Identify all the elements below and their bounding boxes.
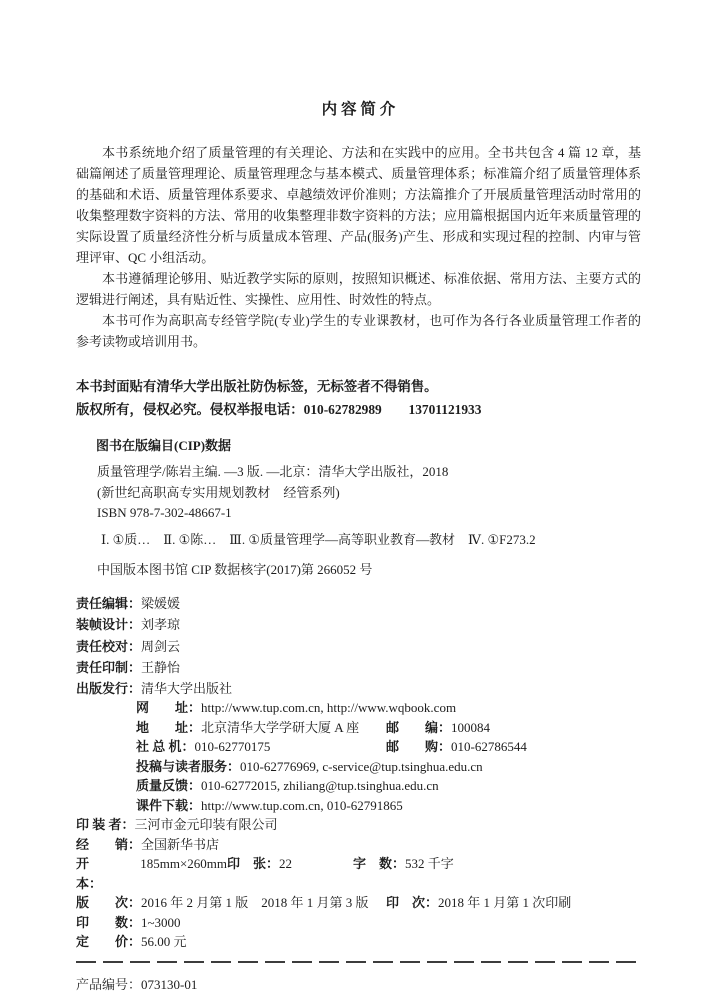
pub-segment: 印 装 者：三河市金元印装有限公司 [76, 815, 278, 835]
pub-label: 出版发行： [76, 679, 141, 699]
pub-segment: 定 价：56.00 元 [76, 932, 187, 952]
pub-row: 开 本：185mm×260mm印 张：22字 数：532 千字 [76, 854, 641, 893]
pub-label: 邮 购： [386, 737, 451, 757]
pub-value: http://www.tup.com.cn, 010-62791865 [201, 796, 403, 816]
pub-row: 课件下载：http://www.tup.com.cn, 010-62791865 [76, 796, 641, 816]
publishing-info: 出版发行：清华大学出版社网 址：http://www.tup.com.cn, h… [76, 679, 641, 952]
content-summary: 本书系统地介绍了质量管理的有关理论、方法和在实践中的应用。全书共包含 4 篇 1… [76, 142, 641, 352]
staff-credits: 责任编辑：梁媛媛装帧设计：刘孝琼责任校对：周剑云责任印制：王静怡 [76, 593, 641, 679]
credit-label: 装帧设计： [76, 614, 141, 636]
pub-row: 地 址：北京清华大学学研大厦 A 座邮 编：100084 [76, 718, 641, 738]
pub-value: 三河市金元印装有限公司 [135, 815, 278, 835]
pub-label: 经 销： [76, 835, 141, 855]
pub-row: 经 销：全国新华书店 [76, 835, 641, 855]
anti-piracy-notice: 本书封面贴有清华大学出版社防伪标签，无标签者不得销售。版权所有，侵权必究。侵权举… [76, 376, 641, 421]
credit-label: 责任编辑： [76, 593, 141, 615]
pub-row: 社 总 机：010-62770175邮 购：010-62786544 [76, 737, 641, 757]
credit-row: 责任印制：王静怡 [76, 657, 641, 679]
credit-row: 责任校对：周剑云 [76, 636, 641, 658]
pub-value: 2018 年 1 月第 1 次印刷 [438, 893, 571, 913]
credit-value: 梁媛媛 [141, 593, 180, 615]
pub-row: 印 装 者：三河市金元印装有限公司 [76, 815, 641, 835]
pub-segment: 质量反馈：010-62772015, zhiliang@tup.tsinghua… [136, 776, 439, 796]
pub-label: 质量反馈： [136, 776, 201, 796]
pub-value: 北京清华大学学研大厦 A 座 [201, 718, 359, 738]
pub-row: 出版发行：清华大学出版社 [76, 679, 641, 699]
pub-segment: 字 数：532 千字 [353, 854, 454, 893]
pub-segment: 印 张：22 [227, 854, 353, 893]
cip-line: 质量管理学/陈岩主编. —3 版. —北京：清华大学出版社，2018 [97, 462, 641, 483]
cip-classification: Ⅰ. ①质… Ⅱ. ①陈… Ⅲ. ①质量管理学—高等职业教育—教材 Ⅳ. ①F2… [76, 529, 641, 548]
cip-description: 质量管理学/陈岩主编. —3 版. —北京：清华大学出版社，2018(新世纪高职… [76, 462, 641, 524]
pub-segment: 出版发行：清华大学出版社 [76, 679, 232, 699]
pub-label: 印 张： [227, 854, 279, 893]
pub-row: 网 址：http://www.tup.com.cn, http://www.wq… [76, 698, 641, 718]
credit-row: 责任编辑：梁媛媛 [76, 593, 641, 615]
intro-paragraph: 本书遵循理论够用、贴近教学实际的原则，按照知识概述、标准依据、常用方法、主要方式… [76, 268, 641, 310]
pub-segment: 邮 购：010-62786544 [386, 737, 527, 757]
pub-row: 版 次：2016 年 2 月第 1 版 2018 年 1 月第 3 版印 次：2… [76, 893, 641, 913]
pub-value: 全国新华书店 [141, 835, 219, 855]
pub-value: 22 [279, 854, 292, 893]
cip-line: (新世纪高职高专实用规划教材 经管系列) [97, 483, 641, 504]
credit-row: 装帧设计：刘孝琼 [76, 614, 641, 636]
pub-label: 定 价： [76, 932, 141, 952]
credit-value: 周剑云 [141, 636, 180, 658]
pub-label: 地 址： [136, 718, 201, 738]
pub-label: 社 总 机： [136, 737, 195, 757]
page-title: 内 容 简 介 [76, 97, 641, 119]
pub-label: 印 装 者： [76, 815, 135, 835]
pub-label: 投稿与读者服务： [136, 757, 240, 777]
pub-label: 印 数： [76, 913, 141, 933]
notice-line: 版权所有，侵权必究。侵权举报电话：010-62782989 1370112193… [76, 399, 641, 422]
pub-value: 2016 年 2 月第 1 版 2018 年 1 月第 3 版 [141, 893, 369, 913]
pub-segment: 地 址：北京清华大学学研大厦 A 座 [136, 718, 386, 738]
intro-paragraph: 本书可作为高职高专经管学院(专业)学生的专业课教材，也可作为各行各业质量管理工作… [76, 310, 641, 352]
pub-row: 定 价：56.00 元 [76, 932, 641, 952]
book-copyright-page: 内 容 简 介 本书系统地介绍了质量管理的有关理论、方法和在实践中的应用。全书共… [0, 0, 711, 1000]
pub-segment: 印 次：2018 年 1 月第 1 次印刷 [386, 893, 571, 913]
pub-segment: 邮 编：100084 [386, 718, 490, 738]
pub-label: 网 址： [136, 698, 201, 718]
pub-segment: 网 址：http://www.tup.com.cn, http://www.wq… [136, 698, 456, 718]
pub-label: 课件下载： [136, 796, 201, 816]
credit-value: 王静怡 [141, 657, 180, 679]
pub-value: 1~3000 [141, 913, 181, 933]
cip-record-number: 中国版本图书馆 CIP 数据核字(2017)第 266052 号 [76, 559, 641, 578]
product-number: 产品编号：073130-01 [76, 975, 641, 995]
pub-value: 010-62770175 [195, 737, 271, 757]
cip-line: ISBN 978-7-302-48667-1 [97, 503, 641, 524]
pub-value: 56.00 元 [141, 932, 187, 952]
pub-value: 010-62786544 [451, 737, 527, 757]
pub-value: http://www.tup.com.cn, http://www.wqbook… [201, 698, 456, 718]
product-number-label: 产品编号： [76, 977, 141, 992]
pub-row: 质量反馈：010-62772015, zhiliang@tup.tsinghua… [76, 776, 641, 796]
credit-value: 刘孝琼 [141, 614, 180, 636]
dashed-divider [76, 961, 641, 963]
intro-paragraph: 本书系统地介绍了质量管理的有关理论、方法和在实践中的应用。全书共包含 4 篇 1… [76, 142, 641, 268]
pub-value: 185mm×260mm [140, 854, 227, 893]
notice-line: 本书封面贴有清华大学出版社防伪标签，无标签者不得销售。 [76, 376, 641, 399]
pub-row: 投稿与读者服务：010-62776969, c-service@tup.tsin… [76, 757, 641, 777]
pub-segment: 印 数：1~3000 [76, 913, 181, 933]
pub-row: 印 数：1~3000 [76, 913, 641, 933]
pub-segment: 课件下载：http://www.tup.com.cn, 010-62791865 [136, 796, 403, 816]
pub-segment: 社 总 机：010-62770175 [136, 737, 386, 757]
product-number-value: 073130-01 [141, 977, 197, 992]
pub-label: 版 次： [76, 893, 141, 913]
pub-segment: 开 本：185mm×260mm [76, 854, 227, 893]
pub-value: 010-62772015, zhiliang@tup.tsinghua.edu.… [201, 776, 439, 796]
pub-value: 532 千字 [405, 854, 454, 893]
pub-segment: 投稿与读者服务：010-62776969, c-service@tup.tsin… [136, 757, 483, 777]
pub-segment: 经 销：全国新华书店 [76, 835, 219, 855]
pub-value: 清华大学出版社 [141, 679, 232, 699]
pub-label: 印 次： [386, 893, 438, 913]
credit-label: 责任校对： [76, 636, 141, 658]
credit-label: 责任印制： [76, 657, 141, 679]
cip-header: 图书在版编目(CIP)数据 [76, 435, 641, 454]
pub-label: 字 数： [353, 854, 405, 893]
pub-value: 010-62776969, c-service@tup.tsinghua.edu… [240, 757, 483, 777]
pub-label: 邮 编： [386, 718, 451, 738]
pub-label: 开 本： [76, 854, 140, 893]
pub-segment: 版 次：2016 年 2 月第 1 版 2018 年 1 月第 3 版 [76, 893, 386, 913]
pub-value: 100084 [451, 718, 490, 738]
